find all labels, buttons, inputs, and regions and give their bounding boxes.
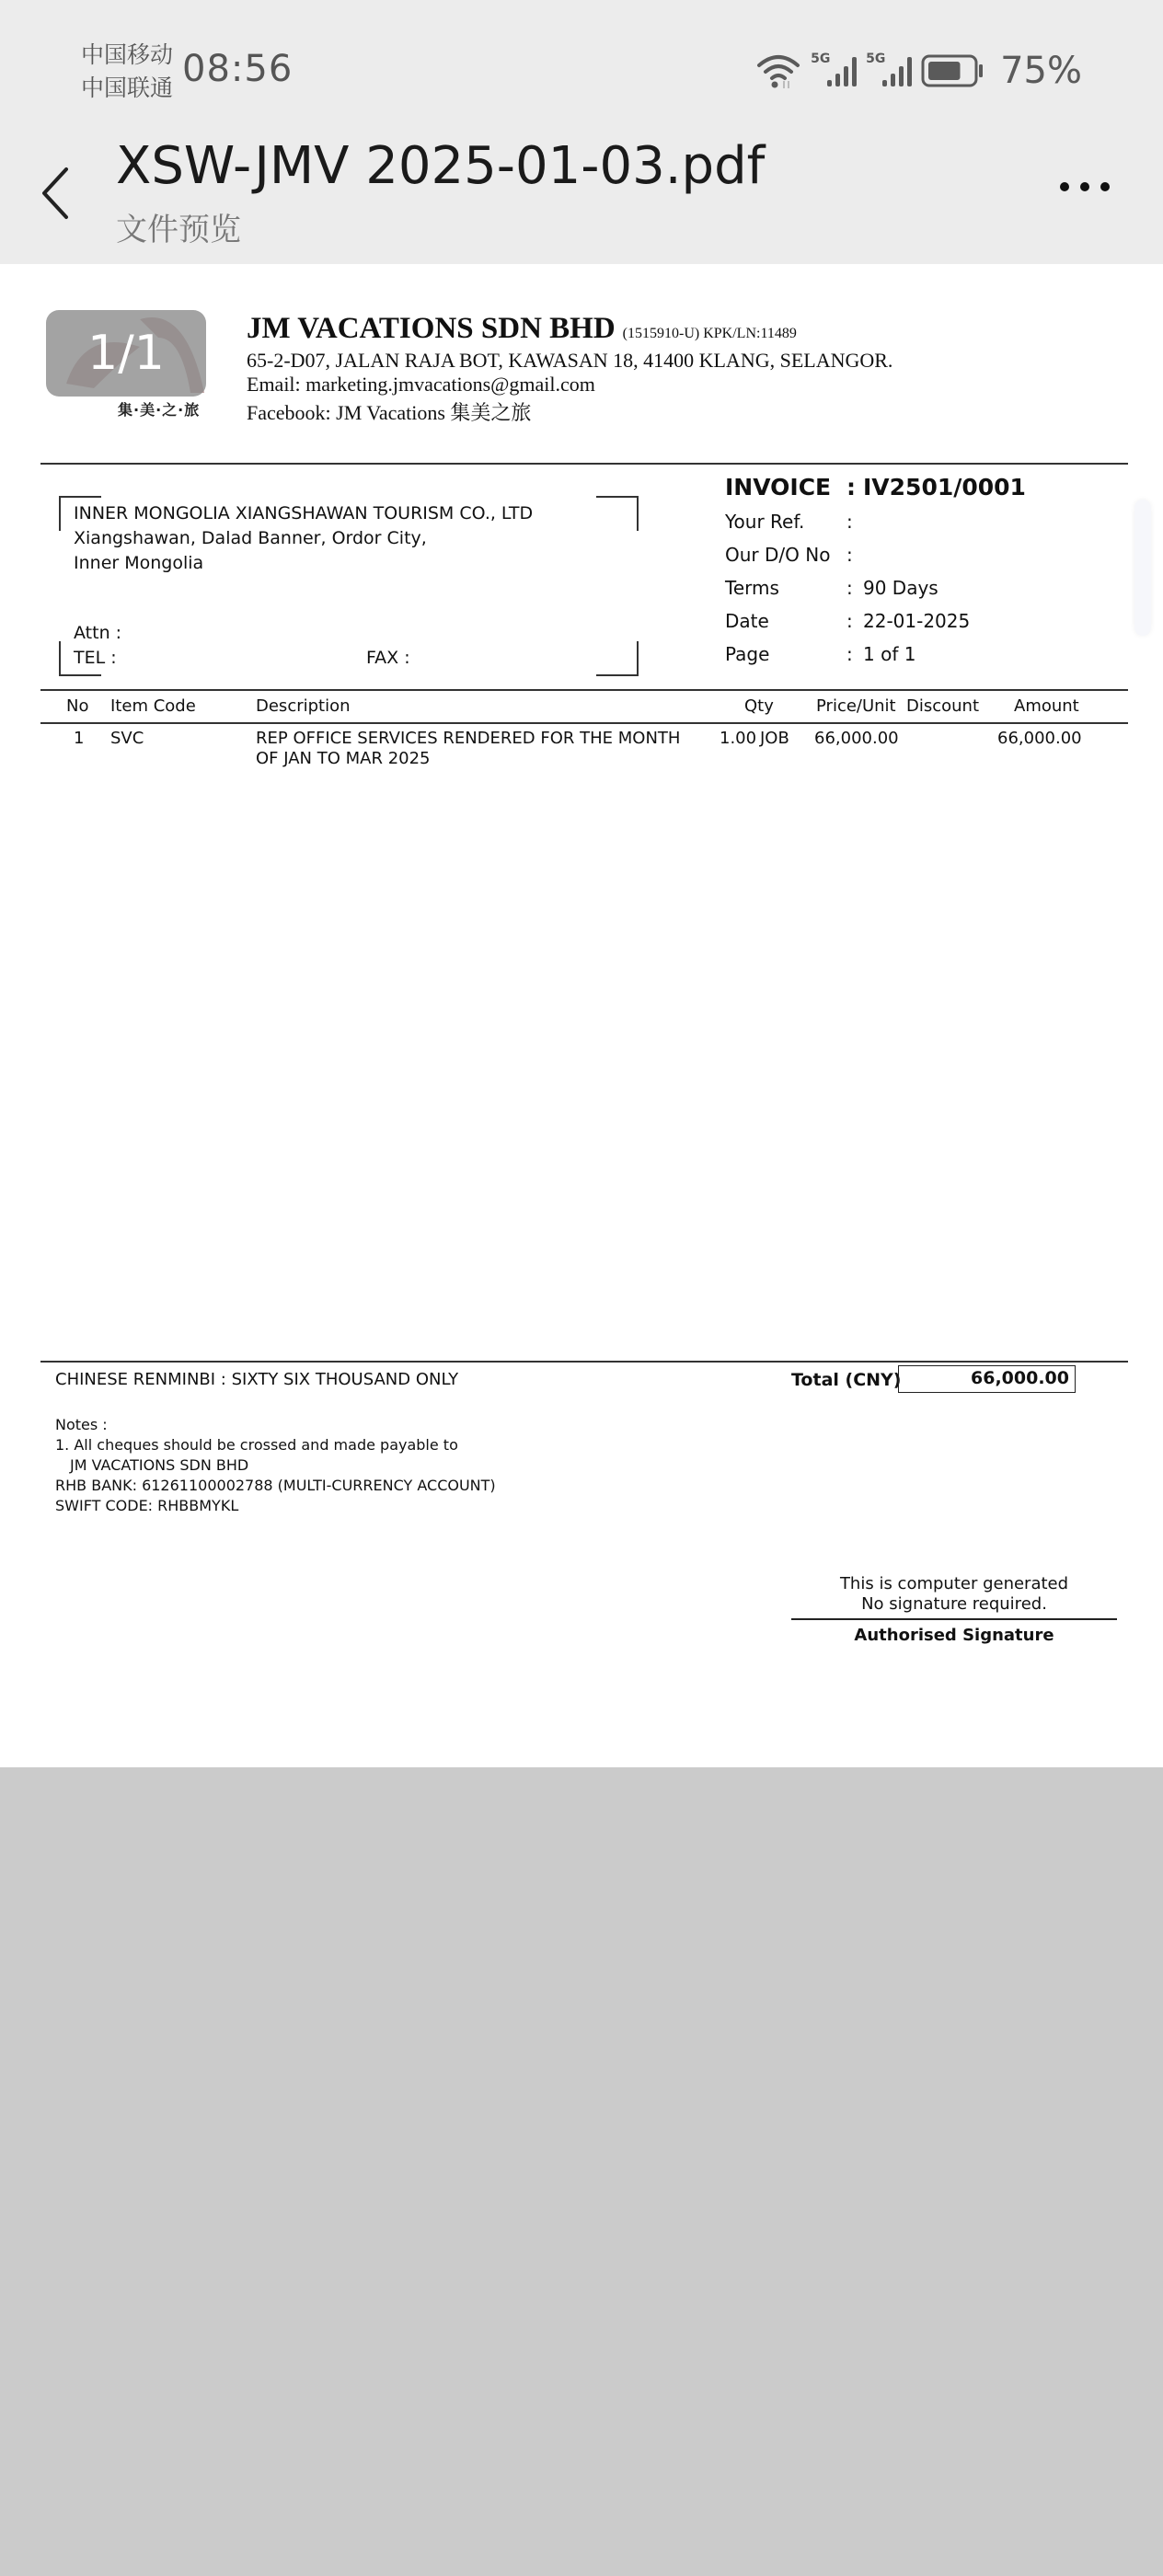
invoice-number-row: INVOICE : IV2501/0001 [725,468,1026,505]
total-label: Total (CNY) [791,1370,902,1390]
divider [40,689,1128,691]
bill-to-box: INNER MONGOLIA XIANGSHAWAN TOURISM CO., … [59,496,639,676]
bill-to-name: INNER MONGOLIA XIANGSHAWAN TOURISM CO., … [74,501,533,526]
signature-line [791,1618,1117,1620]
page-row: Page : 1 of 1 [725,638,1026,671]
attn-label: Attn : [74,621,121,646]
col-qty: Qty [744,696,774,716]
wifi-icon [755,52,801,89]
more-horizontal-icon [1060,182,1069,191]
company-facebook: Facebook: JM Vacations 集美之旅 [247,397,531,426]
invoice-number: IV2501/0001 [863,474,1026,500]
divider [40,722,1128,724]
bill-to-address-1: Xiangshawan, Dalad Banner, Ordor City, [74,526,427,551]
page-indicator: 1/1 [46,310,206,397]
file-title: XSW-JMV 2025-01-03.pdf [116,136,765,196]
authorised-signature-label: Authorised Signature [791,1626,1117,1646]
logo-chinese-text: 集·美·之·旅 [118,398,200,420]
company-email: Email: marketing.jmvacations@gmail.com [247,373,595,397]
app-header: 中国移动 中国联通 08:56 5G 5G 75% XSW-JM [0,0,1163,264]
battery-percent: 75% [1000,50,1082,92]
pdf-page: 集·美·之·旅 1/1 JM VACATIONS SDN BHD(1515910… [0,264,1163,1767]
fax-label: FAX : [366,646,410,671]
divider [40,1361,1128,1363]
signal-5g-icon: 5G [866,55,912,86]
company-registration: (1515910-U) KPK/LN:11489 [623,326,797,341]
company-name: JM VACATIONS SDN BHD(1515910-U) KPK/LN:1… [247,312,797,346]
amount-in-words: CHINESE RENMINBI : SIXTY SIX THOUSAND ON… [55,1370,458,1389]
notes: Notes : 1. All cheques should be crossed… [55,1415,496,1516]
carrier-2: 中国联通 [81,72,173,105]
signature-block: This is computer generated No signature … [791,1574,1117,1646]
col-discount: Discount [906,696,979,716]
status-time: 08:56 [182,48,293,90]
signal-5g-icon: 5G [811,55,857,86]
tel-label: TEL : [74,646,117,671]
col-price-unit: Price/Unit [816,696,896,716]
total-value: 66,000.00 [898,1365,1076,1393]
back-button[interactable] [37,166,74,221]
battery-icon [921,54,985,87]
col-item-code: Item Code [110,696,196,716]
more-options-button[interactable] [1060,182,1110,191]
date-row: Date : 22-01-2025 [725,604,1026,638]
your-ref-row: Your Ref. : [725,505,1026,538]
bill-to-address-2: Inner Mongolia [74,551,203,576]
file-subtitle: 文件预览 [116,204,241,249]
invoice-meta: INVOICE : IV2501/0001 Your Ref. : Our D/… [725,468,1026,671]
company-address: 65-2-D07, JALAN RAJA BOT, KAWASAN 18, 41… [247,349,892,373]
col-no: No [66,696,88,716]
chevron-left-icon [37,166,74,221]
do-no-row: Our D/O No : [725,538,1026,571]
status-icons: 5G 5G 75% [755,50,1082,92]
col-description: Description [256,696,351,716]
terms-row: Terms : 90 Days [725,571,1026,604]
carrier-1: 中国移动 [81,39,173,72]
col-amount: Amount [1014,696,1079,716]
scrollbar-thumb[interactable] [1134,500,1151,636]
carrier-info: 中国移动 中国联通 [81,39,173,105]
divider [40,463,1128,465]
